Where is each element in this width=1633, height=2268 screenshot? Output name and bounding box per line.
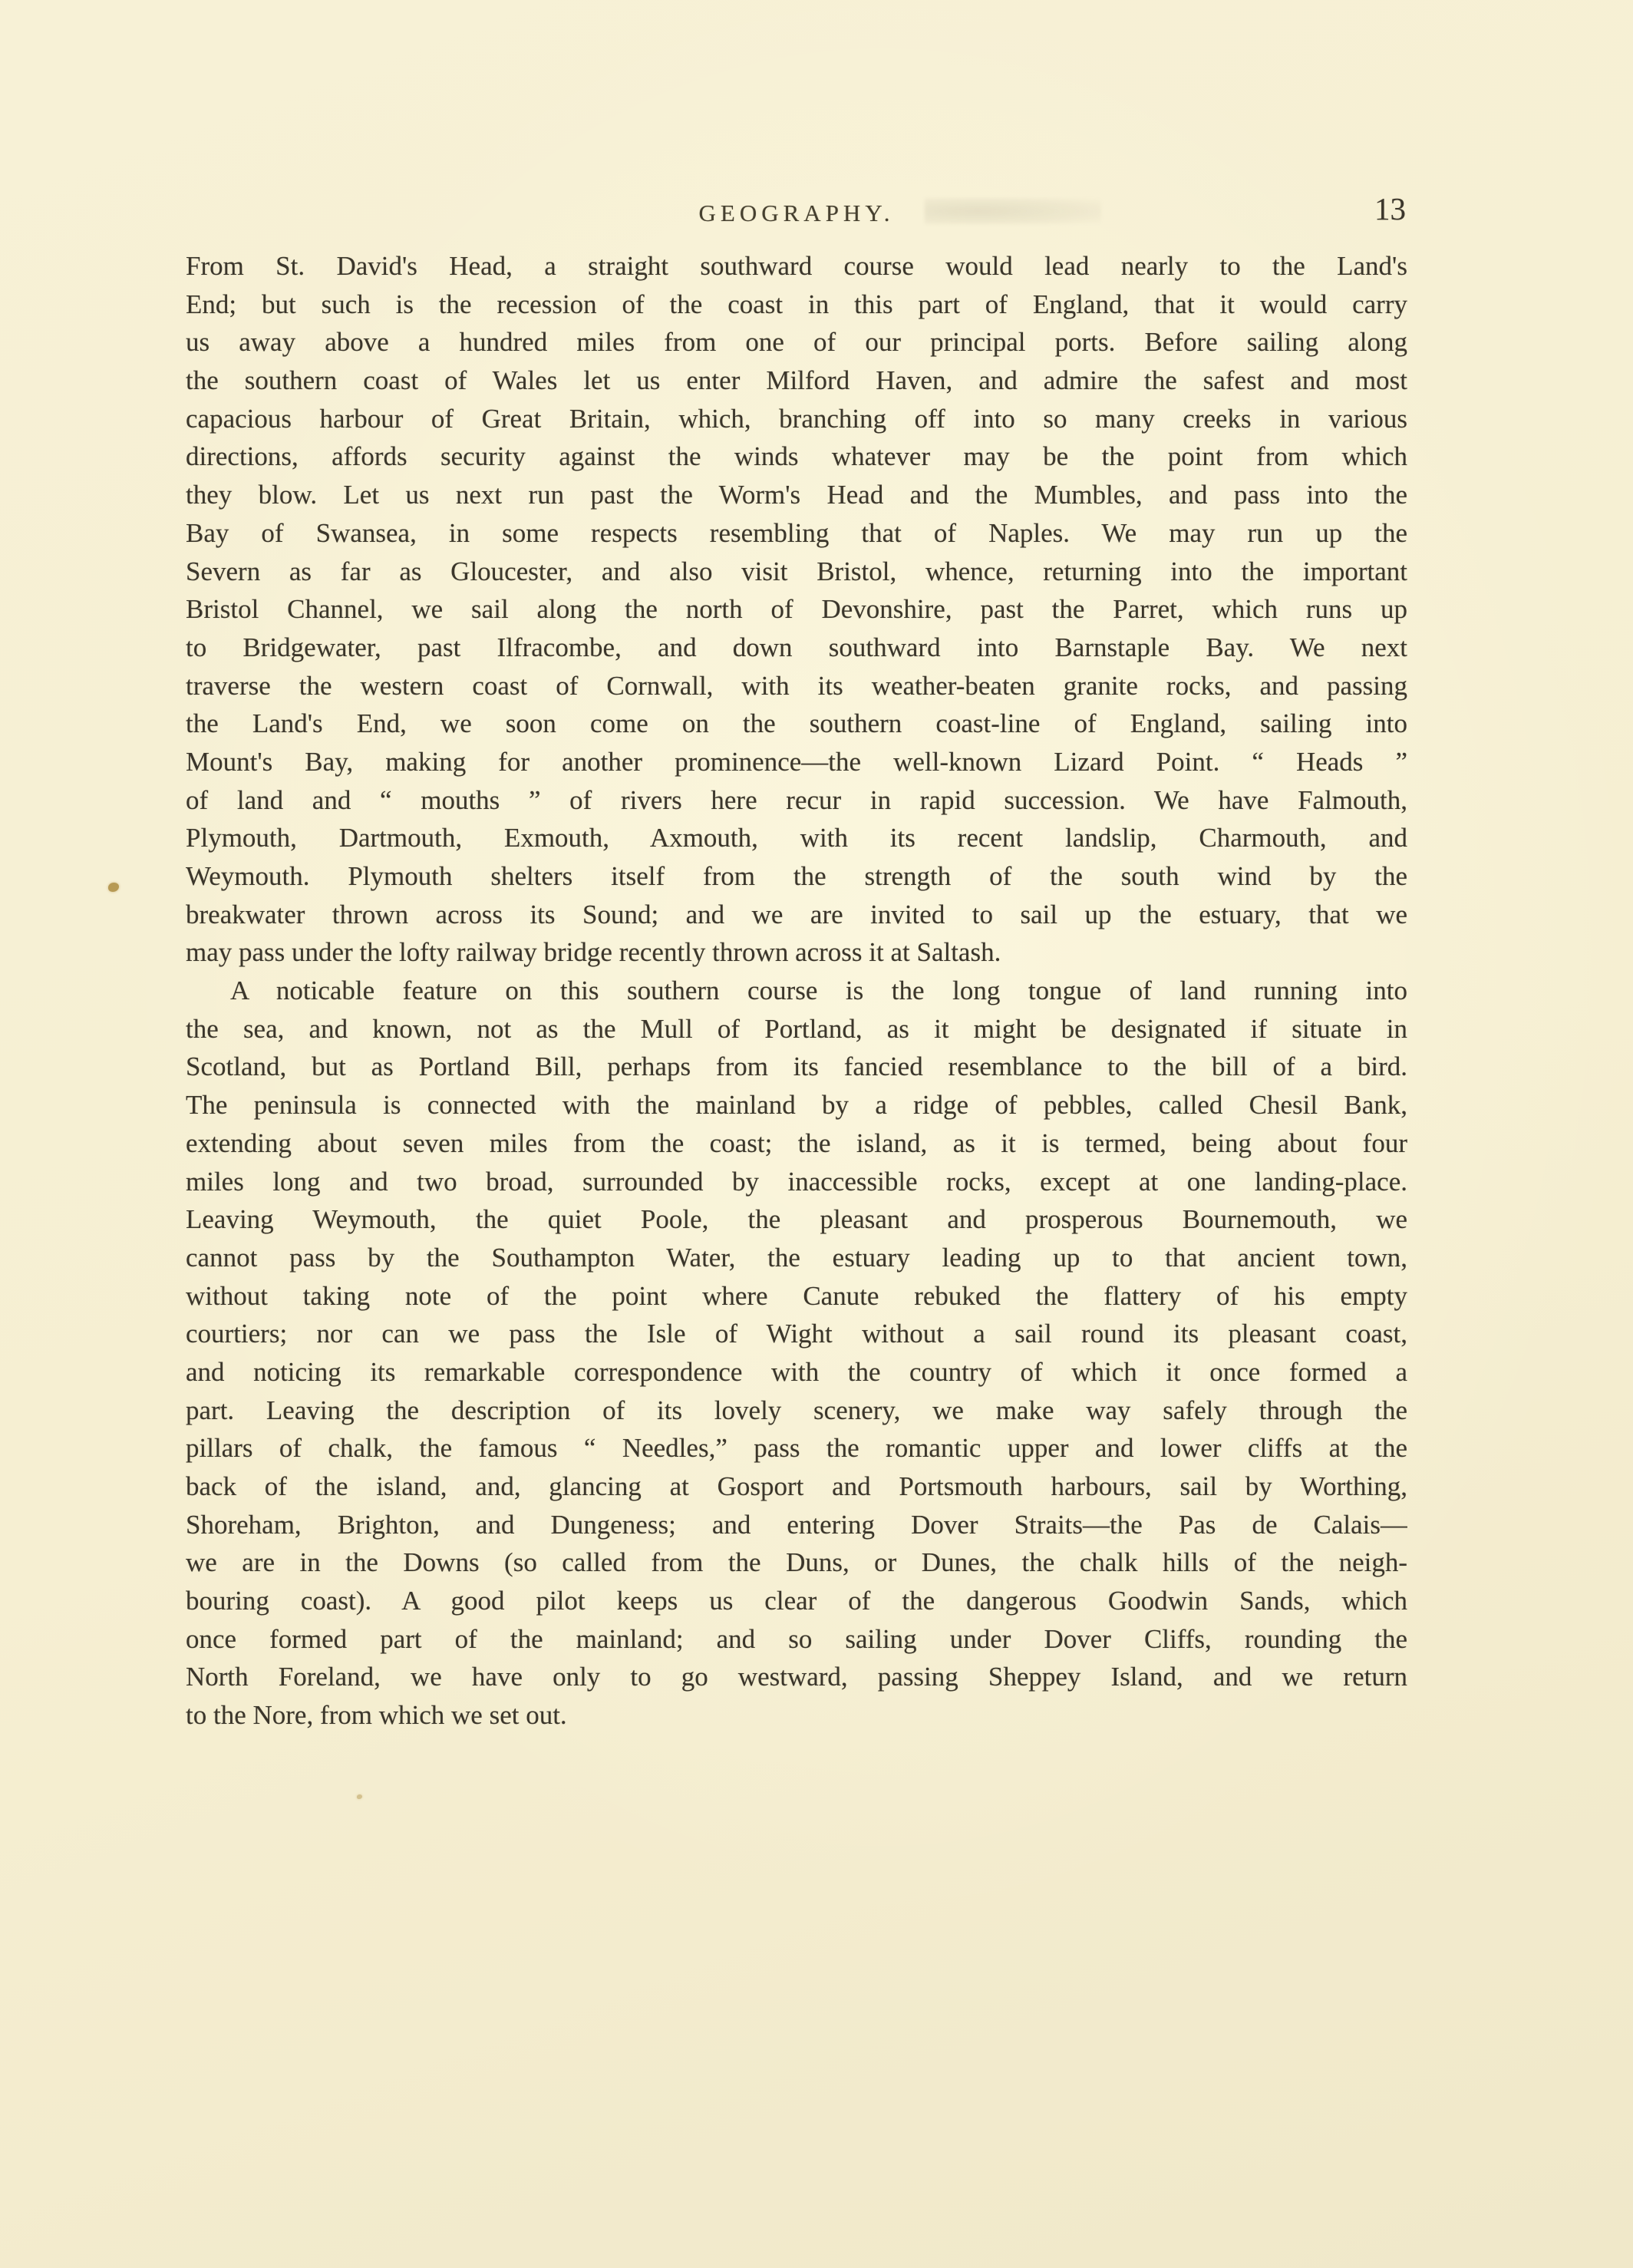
text-line: they blow. Let us next run past the Worm… — [186, 476, 1407, 514]
text-line: to the Nore, from which we set out. — [186, 1696, 1407, 1735]
foxing-spot — [357, 1794, 362, 1799]
text-line: Plymouth, Dartmouth, Exmouth, Axmouth, w… — [186, 819, 1407, 857]
text-line: cannot pass by the Southampton Water, th… — [186, 1239, 1407, 1277]
paragraph: A noticable feature on this southern cou… — [186, 972, 1407, 1735]
text-line: and noticing its remarkable corresponden… — [186, 1353, 1407, 1392]
text-line: once formed part of the mainland; and so… — [186, 1620, 1407, 1659]
text-line: the sea, and known, not as the Mull of P… — [186, 1010, 1407, 1048]
text-line: miles long and two broad, surrounded by … — [186, 1163, 1407, 1201]
text-line: courtiers; nor can we pass the Isle of W… — [186, 1315, 1407, 1353]
text-line: Severn as far as Gloucester, and also vi… — [186, 553, 1407, 591]
text-line: may pass under the lofty railway bridge … — [186, 933, 1407, 972]
text-line: extending about seven miles from the coa… — [186, 1124, 1407, 1163]
text-line: the southern coast of Wales let us enter… — [186, 361, 1407, 400]
page-header: GEOGRAPHY. 13 — [186, 193, 1407, 236]
text-line: Bristol Channel, we sail along the north… — [186, 590, 1407, 629]
text-line: Weymouth. Plymouth shelters itself from … — [186, 857, 1407, 896]
text-line: the Land's End, we soon come on the sout… — [186, 705, 1407, 743]
text-line: Shoreham, Brighton, and Dungeness; and e… — [186, 1506, 1407, 1544]
running-title: GEOGRAPHY. — [699, 200, 895, 227]
text-line: part. Leaving the description of its lov… — [186, 1392, 1407, 1430]
text-line: The peninsula is connected with the main… — [186, 1086, 1407, 1124]
text-line: we are in the Downs (so called from the … — [186, 1543, 1407, 1582]
page-number: 13 — [1374, 190, 1406, 227]
text-line: us away above a hundred miles from one o… — [186, 323, 1407, 361]
text-line: capacious harbour of Great Britain, whic… — [186, 400, 1407, 438]
text-line: without taking note of the point where C… — [186, 1277, 1407, 1316]
text-line: End; but such is the recession of the co… — [186, 286, 1407, 324]
text-line: A noticable feature on this southern cou… — [186, 972, 1407, 1010]
text-line: to Bridgewater, past Ilfracombe, and dow… — [186, 629, 1407, 667]
text-line: pillars of chalk, the famous “ Needles,”… — [186, 1429, 1407, 1467]
text-line: From St. David's Head, a straight southw… — [186, 247, 1407, 286]
text-line: back of the island, and, glancing at Gos… — [186, 1467, 1407, 1506]
text-line: Scotland, but as Portland Bill, perhaps … — [186, 1048, 1407, 1086]
body-text: From St. David's Head, a straight southw… — [186, 247, 1407, 1735]
paragraph: From St. David's Head, a straight southw… — [186, 247, 1407, 972]
text-line: directions, affords security against the… — [186, 437, 1407, 476]
text-line: Bay of Swansea, in some respects resembl… — [186, 514, 1407, 553]
text-line: bouring coast). A good pilot keeps us cl… — [186, 1582, 1407, 1620]
text-line: of land and “ mouths ” of rivers here re… — [186, 781, 1407, 820]
text-line: breakwater thrown across its Sound; and … — [186, 896, 1407, 934]
book-page: GEOGRAPHY. 13 From St. David's Head, a s… — [0, 0, 1633, 2268]
text-line: traverse the western coast of Cornwall, … — [186, 667, 1407, 705]
foxing-spot — [108, 883, 119, 892]
ink-ghost-smudge — [925, 198, 1101, 224]
text-line: Mount's Bay, making for another prominen… — [186, 743, 1407, 781]
text-line: Leaving Weymouth, the quiet Poole, the p… — [186, 1200, 1407, 1239]
text-line: North Foreland, we have only to go westw… — [186, 1658, 1407, 1696]
